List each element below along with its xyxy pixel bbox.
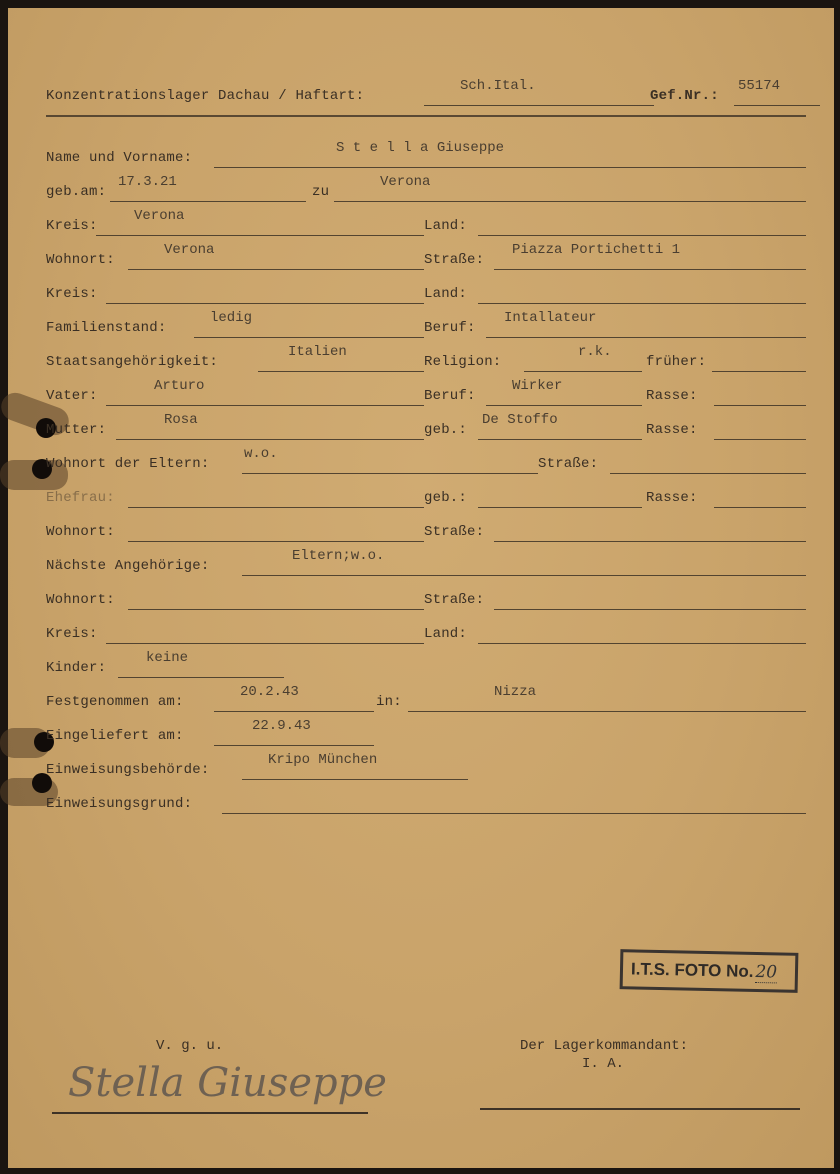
field-wohnort-strasse-1: Wohnort: Verona Straße: Piazza Portichet… [46,248,806,272]
field-kreis-land-1: Kreis: Verona Land: [46,214,806,238]
prisoner-signature: Stella Giuseppe [68,1060,387,1106]
its-foto-stamp: I.T.S. FOTO No. 20 [620,949,799,993]
gef-nr-value: 55174 [738,78,780,94]
haftart-value: Sch.Ital. [460,78,536,94]
prisoner-registration-card: Konzentrationslager Dachau / Haftart: Sc… [8,8,834,1168]
birth-place-value: Verona [380,174,430,190]
vgu-text: V. g. u. [156,1038,223,1054]
field-behoerde: Einweisungsbehörde: Kripo München [46,758,806,782]
field-kreis-land-2: Kreis: Land: [46,282,806,306]
field-grund: Einweisungsgrund: [46,792,806,816]
field-name: Name und Vorname: S t e l l a Giuseppe [46,146,806,170]
field-staat-religion: Staatsangehörigkeit: Italien Religion: r… [46,350,806,374]
field-familienstand-beruf: Familienstand: ledig Beruf: Intallateur [46,316,806,340]
field-kinder: Kinder: keine [46,656,806,680]
field-wohnort-eltern: Wohnort der Eltern: w.o. Straße: [46,452,806,476]
signature-line-kommandant [480,1108,800,1110]
field-angehoerige: Nächste Angehörige: Eltern;w.o. [46,554,806,578]
field-eingeliefert: Eingeliefert am: 22.9.43 [46,724,806,748]
field-vater: Vater: Arturo Beruf: Wirker Rasse: [46,384,806,408]
field-ehefrau: Ehefrau: geb.: Rasse: [46,486,806,510]
field-mutter: Mutter: Rosa geb.: De Stoffo Rasse: [46,418,806,442]
signature-line-prisoner [52,1112,368,1114]
name-value: S t e l l a Giuseppe [336,140,504,156]
stamp-number: 20 [755,961,777,982]
field-wohnort-strasse-3: Wohnort: Straße: [46,588,806,612]
field-birth: geb.am: 17.3.21 zu Verona [46,180,806,204]
field-wohnort-strasse-2: Wohnort: Straße: [46,520,806,544]
field-festgenommen: Festgenommen am: 20.2.43 in: Nizza [46,690,806,714]
kommandant-text: Der Lagerkommandant: [520,1038,688,1054]
header-divider [46,115,806,117]
ia-text: I. A. [582,1056,624,1072]
header-row: Konzentrationslager Dachau / Haftart: Sc… [46,84,806,108]
camp-label: Konzentrationslager Dachau / Haftart: [46,88,364,104]
gef-nr-label: Gef.Nr.: [650,88,719,104]
birth-date-value: 17.3.21 [118,174,177,190]
field-kreis-land-3: Kreis: Land: [46,622,806,646]
